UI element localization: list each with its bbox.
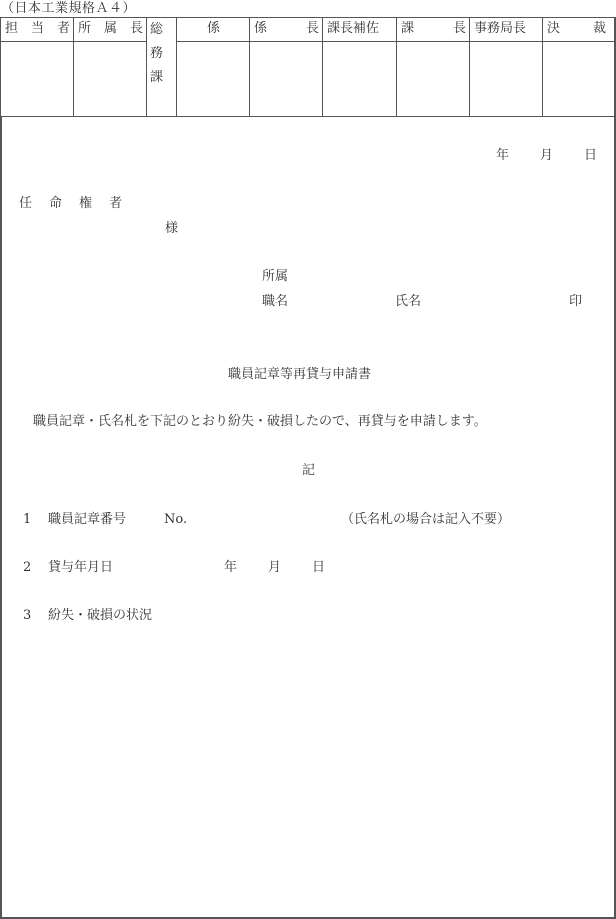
item-1-label: 職員記章番号 (48, 511, 126, 528)
ki-label: 記 (302, 462, 315, 479)
document-title: 職員記章等再貸与申請書 (228, 366, 371, 383)
date-day-label: 日 (584, 147, 597, 164)
item-2-day: 日 (312, 559, 325, 576)
header-kachohosa: 課長補佐 (322, 17, 397, 41)
stamp-box-kacho[interactable] (396, 41, 470, 116)
header-kessai: 決 裁 (542, 17, 616, 41)
stamp-box-kakaricho[interactable] (249, 41, 323, 116)
body-text: 職員記章・氏名札を下記のとおり紛失・破損したので、再貸与を申請します。 (33, 413, 487, 430)
item-2-year: 年 (224, 559, 237, 576)
header-somuka: 総 務 課 (146, 17, 177, 116)
approval-table: 担 当 者 所 属 長 総 務 課 係 係 長 課長補佐 課 長 事務局長 (0, 17, 616, 116)
item-2-label: 貸与年月日 (48, 559, 113, 576)
item-2-number: 2 (23, 559, 31, 576)
header-shozokucho: 所 属 長 (73, 17, 147, 41)
addressee-title: 任 命 権 者 (19, 195, 124, 212)
stamp-box-tantousha[interactable] (0, 41, 74, 116)
stamp-box-jimukyokucho[interactable] (469, 41, 543, 116)
affiliation-label: 所属 (262, 268, 288, 285)
item-1-note: （氏名札の場合は記入不要） (341, 511, 510, 528)
stamp-box-kachohosa[interactable] (322, 41, 397, 116)
date-year-label: 年 (496, 147, 509, 164)
item-1-no: No. (164, 511, 187, 528)
item-1-number: 1 (23, 511, 31, 528)
addressee-honorific: 様 (165, 220, 178, 237)
position-label: 職名 (262, 293, 288, 310)
stamp-box-kessai[interactable] (542, 41, 616, 116)
item-3-label: 紛失・破損の状況 (48, 607, 152, 624)
stamp-box-kakari[interactable] (176, 41, 250, 116)
header-kacho: 課 長 (396, 17, 470, 41)
item-2-month: 月 (268, 559, 281, 576)
header-jimukyokucho: 事務局長 (469, 17, 543, 41)
date-month-label: 月 (540, 147, 553, 164)
name-label: 氏名 (395, 293, 421, 310)
header-tantousha: 担 当 者 (0, 17, 74, 41)
item-3-number: 3 (23, 607, 31, 624)
header-kakaricho: 係 長 (249, 17, 323, 41)
standard-label: （日本工業規格Ａ４） (1, 0, 136, 17)
stamp-box-shozokucho[interactable] (73, 41, 147, 116)
seal-label: 印 (569, 293, 582, 310)
header-kakari: 係 (176, 17, 250, 41)
